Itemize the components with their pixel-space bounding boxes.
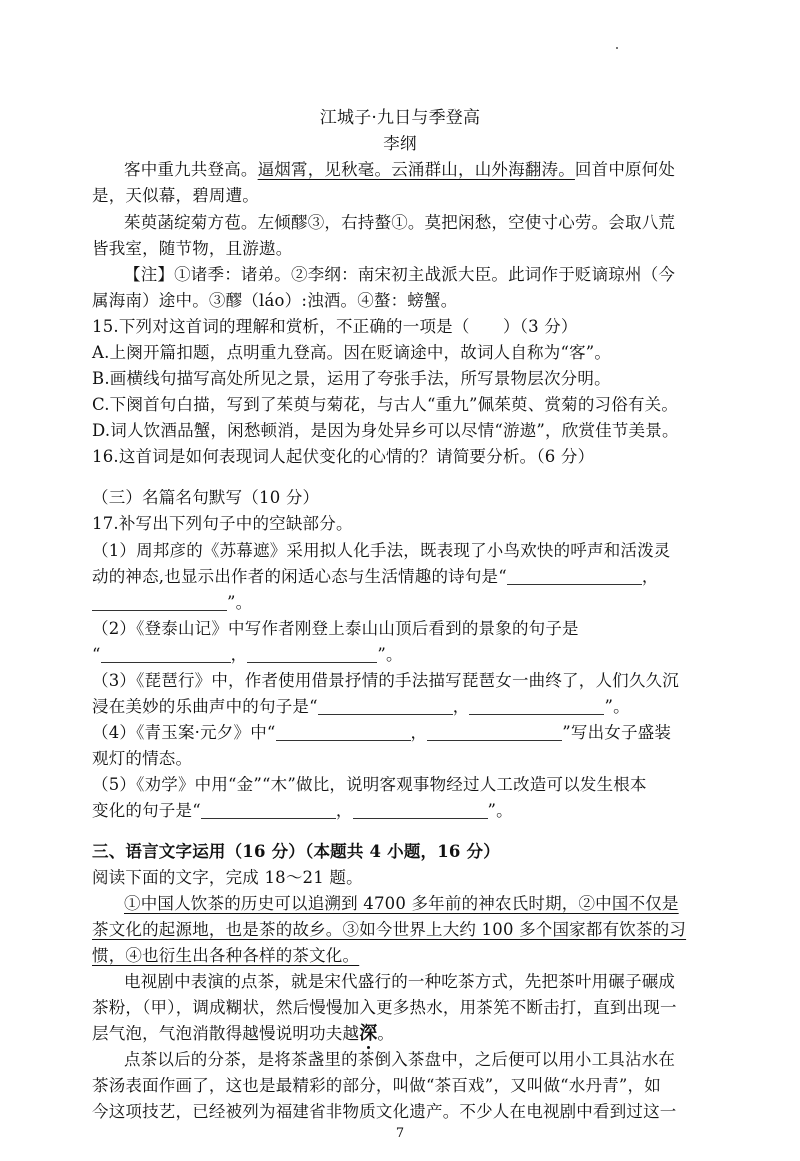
passage-text: 层气泡，气泡消散得越慢说明功夫越 (92, 1024, 359, 1043)
comma: ， (231, 645, 248, 664)
passage-para3-line2: 茶汤表面作画了，这也是最精彩的部分，叫做“茶百戏”，又叫做“水丹青”，如 (92, 1075, 712, 1097)
passage-para1-line3: 惯，④也衍生出各种各样的茶文化。 (92, 945, 712, 967)
passage-para3-line1: 点茶以后的分茶，是将茶盏里的茶倒入茶盘中，之后便可以用小工具沾水在 (124, 1049, 712, 1071)
q17-item1-text: 动的神态,也显示出作者的闲适心态与生活情趣的诗句是“ (92, 567, 507, 586)
answer-blank[interactable] (507, 568, 642, 585)
question-16-stem: 16.这首词是如何表现词人起伏变化的心情的？请简要分析。（6 分） (92, 446, 712, 468)
question-15-option-b: B.画横线句描写高处所见之景，运用了夸张手法，所写景物层次分明。 (92, 368, 712, 390)
poem-title: 江城子·九日与季登高 (0, 107, 800, 129)
poem-text: 客中重九共登高。 (124, 160, 258, 179)
section-3-heading: （三）名篇名句默写（10 分） (92, 487, 712, 509)
q17-item3-line2: 浸在美妙的乐曲声中的句子是“，”。 (92, 696, 712, 718)
answer-blank[interactable] (276, 724, 411, 741)
q17-item3-text: 浸在美妙的乐曲声中的句子是“ (92, 697, 318, 716)
answer-blank[interactable] (427, 724, 562, 741)
q17-item1-line1: （1）周邦彦的《苏幕遮》采用拟人化手法，既表现了小鸟欢快的呼声和活泼灵 (92, 540, 712, 562)
poem-author: 李纲 (0, 133, 800, 155)
answer-blank[interactable] (247, 646, 377, 663)
answer-blank[interactable] (92, 594, 227, 611)
q17-item1-line2: 动的神态,也显示出作者的闲适心态与生活情趣的诗句是“， (92, 566, 712, 588)
q17-item3-line1: （3）《琵琶行》中，作者使用借景抒情的手法描写琵琶女一曲终了，人们久久沉 (92, 670, 712, 692)
q17-item5-line2: 变化的句子是“，”。 (92, 800, 712, 822)
part-3-heading: 三、语言文字运用（16 分）（本题共 4 小题，16 分） (92, 841, 712, 863)
emphasized-character: 深 (359, 1023, 377, 1044)
question-15-option-c: C.下阕首句白描，写到了茱萸与菊花，与古人“重九”佩茱萸、赏菊的习俗有关。 (92, 394, 712, 416)
question-15-option-a: A.上阕开篇扣题，点明重九登高。因在贬谪途中，故词人自称为“客”。 (92, 342, 712, 364)
passage-para1-line1: ①中国人饮茶的历史可以追溯到 4700 多年前的神农氏时期，②中国不仅是 (124, 893, 712, 915)
passage-para1-line2: 茶文化的起源地，也是茶的故乡。③如今世界上大约 100 多个国家都有饮茶的习 (92, 919, 712, 941)
page-number: 7 (0, 1126, 800, 1141)
comma: ， (411, 723, 428, 742)
q17-item2-line1: （2）《登泰山记》中写作者刚登上泰山山顶后看到的景象的句子是 (92, 618, 712, 640)
comma: ， (642, 567, 659, 586)
answer-blank[interactable] (201, 802, 336, 819)
underlined-poem-text: 逼烟霄，见秋毫。云涌群山，山外海翻涛。 (258, 160, 575, 179)
answer-blank[interactable] (469, 698, 604, 715)
close-quote: ”。 (604, 697, 629, 716)
exam-page: 江城子·九日与季登高 李纲 客中重九共登高。逼烟霄，见秋毫。云涌群山，山外海翻涛… (0, 0, 800, 1161)
passage-para2-line2: 茶粉，（甲），调成糊状，然后慢慢加入更多热水，用茶筅不断击打，直到出现一 (92, 997, 712, 1019)
poem-stanza1-line2: 是，天似幕，碧周遭。 (92, 185, 712, 207)
passage-text: 。 (377, 1024, 394, 1043)
q17-item4-text: （4）《青玉案·元夕》中“ (92, 723, 276, 742)
q17-item1-line3: ”。 (92, 592, 712, 614)
poem-text: 回首中原何处 (575, 160, 675, 179)
q17-item4-line2: 观灯的情态。 (92, 748, 712, 770)
poem-stanza2-line2: 皆我室，随节物，且游遨。 (92, 238, 712, 260)
poem-stanza2-line1: 茱萸菡绽菊方苞。左倾醪③，右持螯①。莫把闲愁，空使寸心劳。会取八荒 (124, 212, 712, 234)
answer-blank[interactable] (353, 802, 488, 819)
poem-note-line2: 属海南）途中。③醪（láo）:浊酒。④螯：螃蟹。 (92, 290, 712, 312)
question-17-stem: 17.补写出下列句子中的空缺部分。 (92, 513, 712, 535)
answer-blank[interactable] (101, 646, 231, 663)
question-15-option-d: D.词人饮酒品蟹，闲愁顿消，是因为身处异乡可以尽情“游遨”，欣赏佳节美景。 (92, 420, 712, 442)
q17-item4-line1: （4）《青玉案·元夕》中“，”写出女子盛装 (92, 722, 712, 744)
open-quote: “ (92, 645, 101, 664)
poem-stanza1-line1: 客中重九共登高。逼烟霄，见秋毫。云涌群山，山外海翻涛。回首中原何处 (124, 159, 712, 181)
scan-speck (616, 47, 618, 49)
close-quote: ”。 (488, 801, 513, 820)
question-15-stem: 15.下列对这首词的理解和赏析，不正确的一项是（ ）（3 分） (92, 316, 712, 338)
part-3-intro: 阅读下面的文字，完成 18～21 题。 (92, 867, 712, 889)
passage-para3-line3: 今这项技艺，已经被列为福建省非物质文化遗产。不少人在电视剧中看到过这一 (92, 1101, 712, 1123)
q17-item5-line1: （5）《劝学》中用“金”“木”做比，说明客观事物经过人工改造可以发生根本 (92, 774, 712, 796)
comma: ， (453, 697, 470, 716)
poem-note-line1: 【注】①诸季：诸弟。②李纲：南宋初主战派大臣。此词作于贬谪琼州（今 (124, 264, 712, 286)
q17-item4-suffix: ”写出女子盛装 (562, 723, 671, 742)
answer-blank[interactable] (318, 698, 453, 715)
passage-para2-line3: 层气泡，气泡消散得越慢说明功夫越深。 (92, 1023, 712, 1045)
passage-para2-line1: 电视剧中表演的点茶，就是宋代盛行的一种吃茶方式，先把茶叶用碾子碾成 (124, 971, 712, 993)
close-quote: ”。 (377, 645, 402, 664)
comma: ， (336, 801, 353, 820)
q17-item2-line2: “，”。 (92, 644, 712, 666)
q17-item5-text: 变化的句子是“ (92, 801, 201, 820)
close-quote: ”。 (227, 593, 252, 612)
